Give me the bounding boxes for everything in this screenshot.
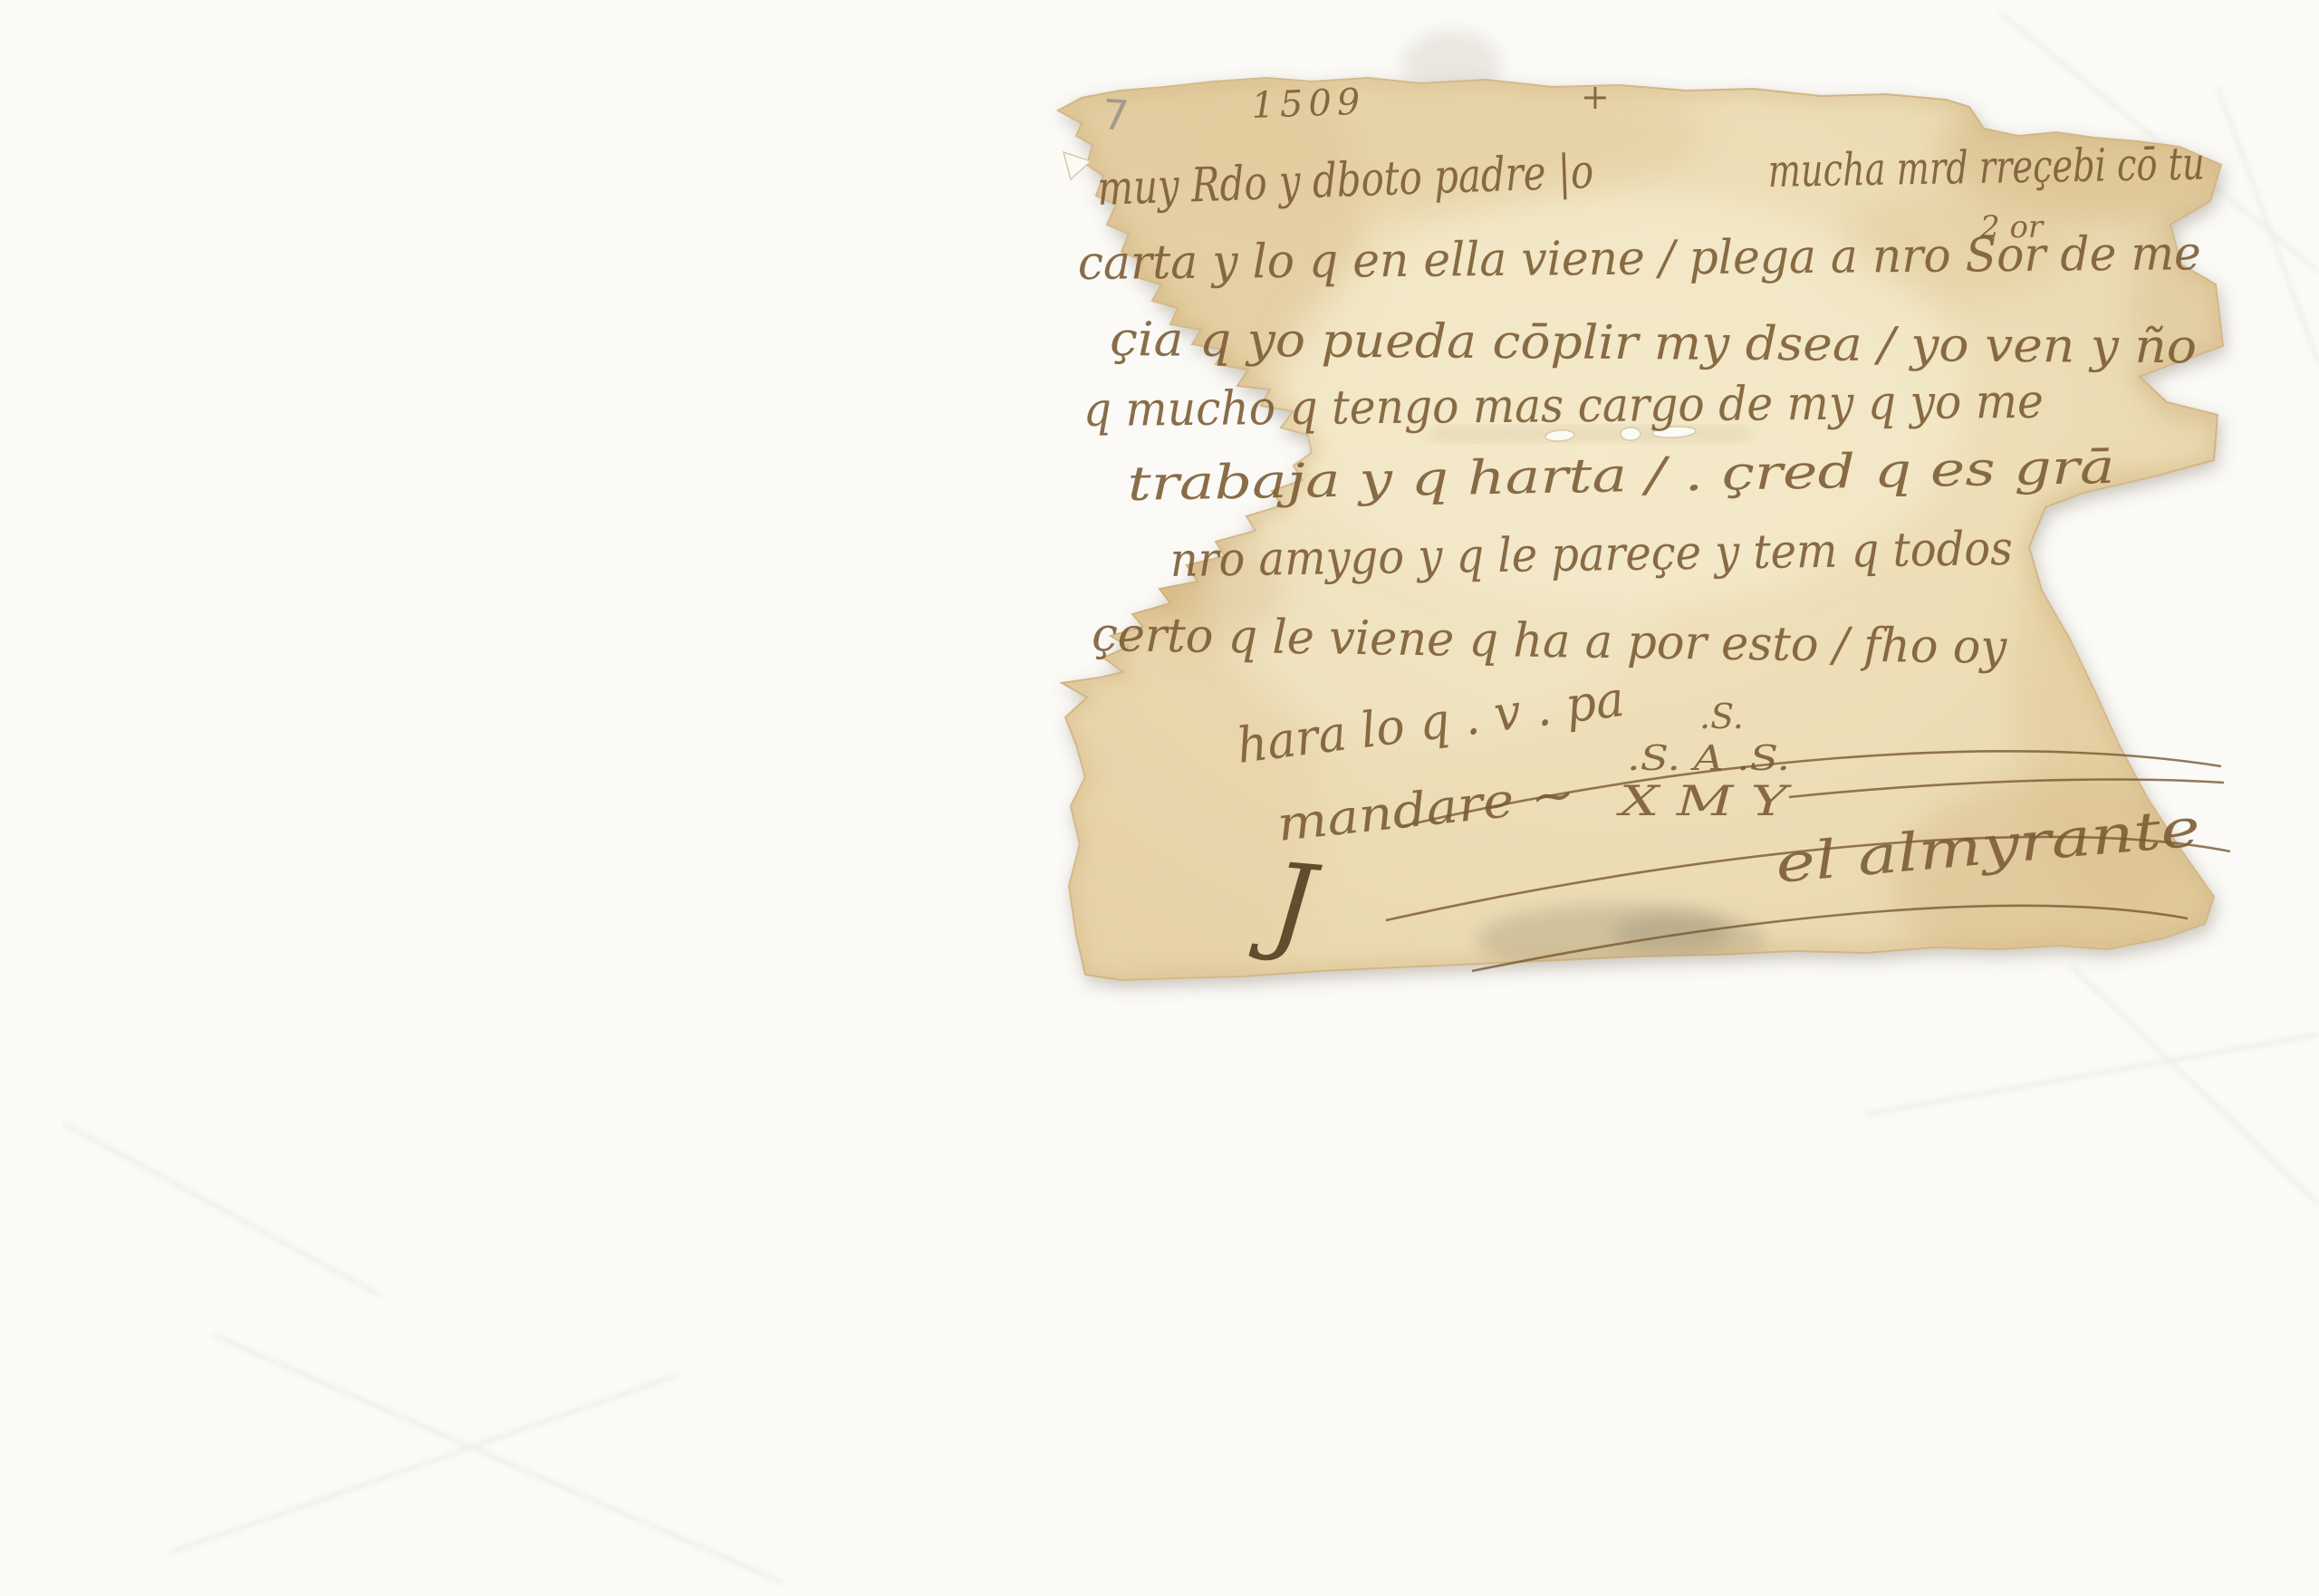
body-line-3: q mucho q tengo mas cargo de my q yo me <box>1083 375 2044 437</box>
body-line-2: çia q yo pueda cōplir my dsea / yo ven y… <box>1110 312 2197 374</box>
cross-mark: + <box>1581 77 1610 117</box>
signature-sigla-row1: .S. <box>1699 697 1744 736</box>
manuscript-scan: 7 1509 + muy Rdo y dboto padre |o mucha … <box>0 0 2319 1596</box>
sor-superscript: 2 or <box>1979 209 2045 245</box>
signature-sigla-row3: X M Y <box>1616 776 1793 825</box>
salutation-right: mucha mrd rreçebi cō tu <box>1767 138 2205 197</box>
folio-number: 7 <box>1101 90 1131 140</box>
year-inscription: 1509 <box>1251 82 1366 127</box>
